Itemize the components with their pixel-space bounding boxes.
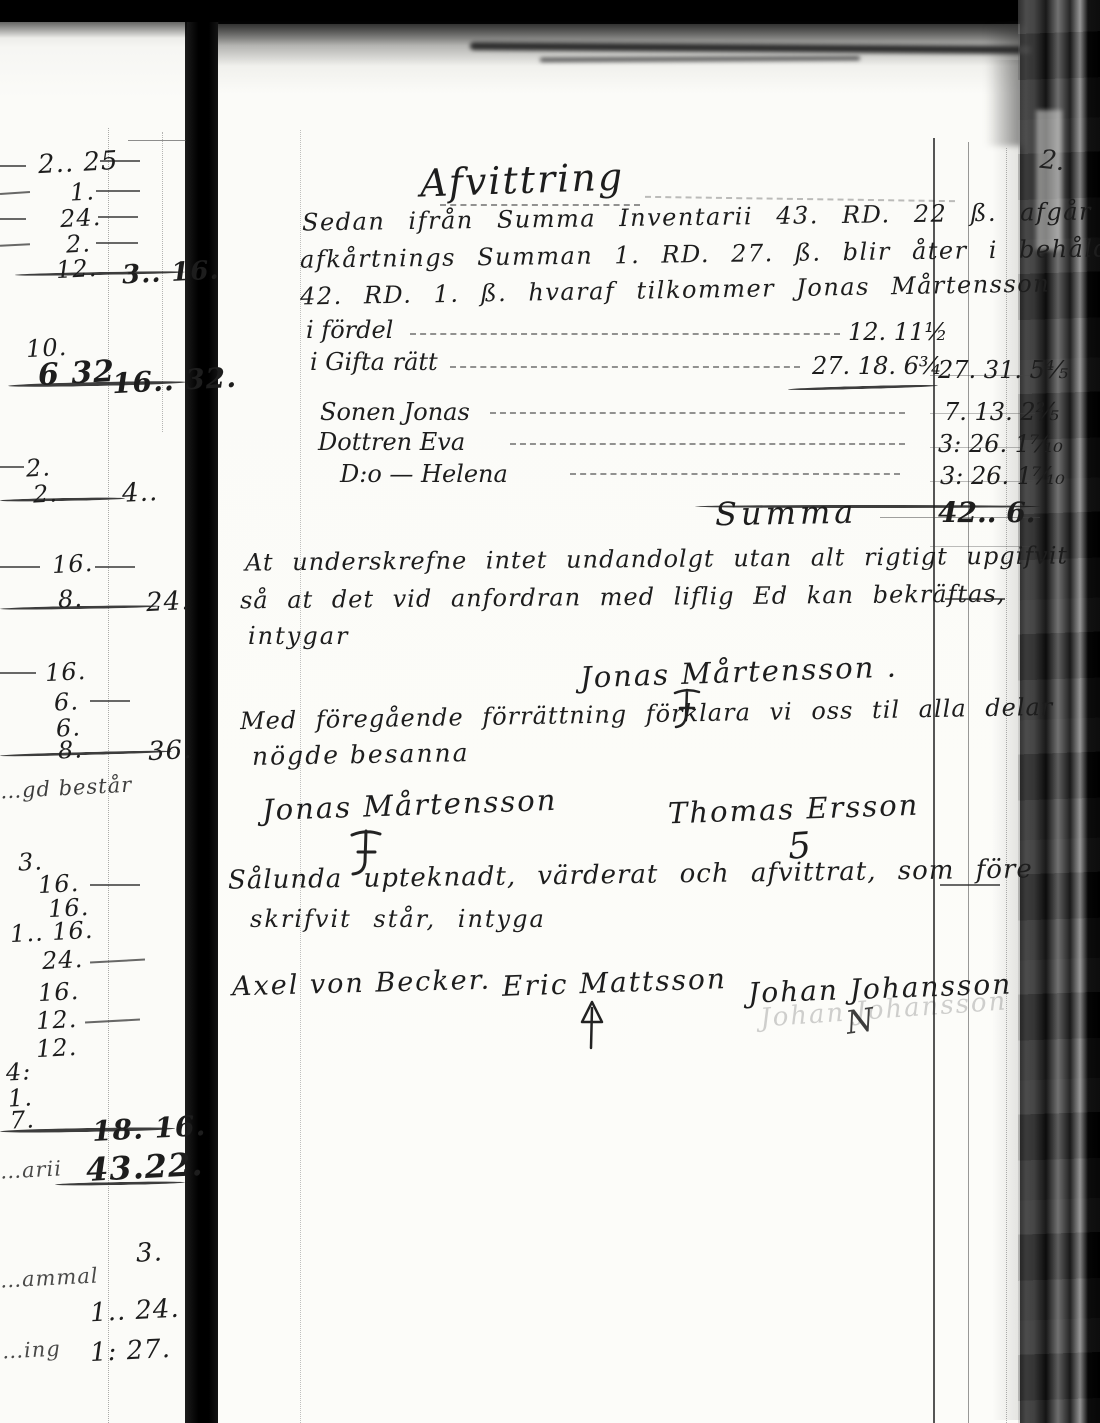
margin-amount: 2. [25, 453, 51, 482]
margin-subtotal: 16.. 32. [111, 361, 237, 400]
entry-label: Sonen Jonas [320, 398, 470, 426]
binding-light-streak [1036, 110, 1062, 250]
leader-line [410, 333, 840, 335]
ink-dash [0, 566, 40, 568]
ink-dash [96, 190, 140, 192]
margin-subtotal: 43.22. [85, 1145, 204, 1189]
margin-amount: 1.. 16. [9, 916, 94, 948]
margin-amount: 6. [53, 687, 79, 716]
ink-dash [0, 218, 26, 220]
margin-subtotal: 3.. 16. [121, 255, 220, 290]
margin-amount: 8. [57, 735, 83, 764]
margin-amount: 16. [37, 977, 80, 1007]
ink-dash [0, 672, 36, 674]
margin-amount: 1. [69, 177, 95, 206]
page-title: Afvittring [419, 154, 625, 205]
leader-line [450, 366, 800, 368]
entry-label: Dottren Eva [318, 428, 465, 456]
scanned-document-page: 2.. 25 1. 24. 2. 12. 3.. 16. 10. 6 32 16… [0, 0, 1100, 1423]
margin-amount: 6 32 [37, 354, 116, 393]
attest-line: skrifvit står, intyga [250, 905, 546, 933]
margin-amount: 24. [41, 945, 84, 975]
ink-dash [0, 466, 24, 468]
margin-amount: 12. [35, 1033, 78, 1063]
scan-top-fade-left [0, 16, 187, 38]
rule-amount-column-3 [1006, 148, 1007, 1423]
margin-text-fragment: …arii [0, 1156, 63, 1183]
ink-dash [98, 216, 138, 218]
leader-line [490, 412, 905, 414]
margin-amount: 24. [59, 203, 102, 233]
margin-amount: 7. [9, 1105, 35, 1134]
margin-amount: 2.. 25 [37, 146, 119, 180]
margin-subtotal: 1: 27. [89, 1334, 171, 1368]
entry-label: D:o — Helena [340, 460, 508, 488]
margin-subtotal: 1.. 24. [89, 1294, 180, 1329]
entry-total: 27. 31. 5⅘ [938, 356, 1068, 384]
margin-amount: 16. [44, 657, 87, 687]
margin-amount: 2. [32, 479, 58, 508]
entry-amount: 27. 18. 6¾ [812, 352, 942, 380]
margin-amount: 4: [5, 1057, 32, 1086]
entry-total: 3: 26. 1⁷⁄₁₀ [938, 430, 1063, 458]
ink-dash [90, 884, 140, 886]
margin-subtotal: 24. [145, 586, 191, 618]
entry-total: 7. 13. 2⅖ [944, 398, 1059, 426]
bomarke-arrow-mark-icon [578, 1000, 606, 1050]
consent-line: nögde besanna [252, 738, 470, 771]
leader-line [510, 443, 905, 445]
entry-label: i fördel [306, 316, 393, 344]
ink-dash [90, 700, 130, 702]
entry-total: 3: 26. 1⁷⁄₁₀ [940, 462, 1065, 490]
margin-amount: 8. [57, 584, 83, 613]
margin-subtotal: 18. 16. [91, 1109, 207, 1148]
leader-line [570, 473, 900, 475]
ink-dash [0, 165, 26, 167]
margin-subtotal: 3. [135, 1237, 163, 1268]
margin-text-fragment: …ing [1, 1336, 61, 1363]
margin-amount: 12. [35, 1005, 78, 1035]
bomarke-n-mark: N [843, 1000, 876, 1042]
ink-dash [96, 242, 138, 244]
summa-label: Summa [715, 493, 858, 533]
page-number: 2. [1039, 145, 1067, 177]
margin-subtotal: 4.. [121, 477, 159, 509]
ink-dash [95, 566, 135, 568]
margin-subtotal: 36. [147, 735, 193, 767]
margin-amount: 12. [55, 254, 98, 284]
attest-line: intygar [248, 622, 349, 650]
rule-main-left-margin [300, 130, 301, 1423]
margin-amount: 16. [51, 549, 94, 579]
summa-value: 42.. 6. [938, 496, 1035, 529]
entry-amount: 12. 11½ [848, 318, 948, 346]
entry-label: i Gifta rätt [310, 348, 438, 376]
rule-left-corner [128, 140, 186, 141]
rule-amount-column-2 [968, 142, 969, 1423]
page-gutter-shadow [185, 0, 219, 1423]
